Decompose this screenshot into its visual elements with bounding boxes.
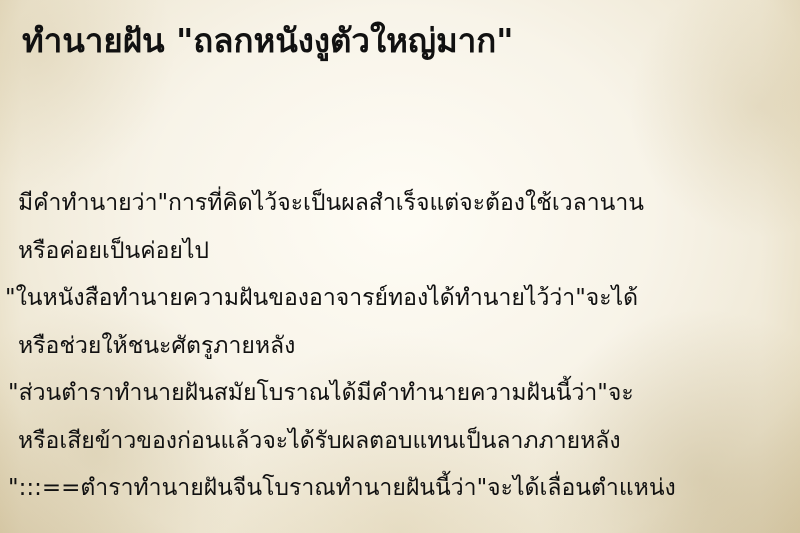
interpretation-body: มีคำทำนายว่า"การที่คิดไว้จะเป็นผลสำเร็จแ… [0, 183, 800, 516]
paragraph-2-line-2: หรือช่วยให้ชนะศัตรูภายหลัง [0, 326, 800, 374]
paragraph-3-line-1: "ส่วนตำราทำนายฝันสมัยโบราณได้มีคำทำนายคว… [0, 373, 800, 421]
paragraph-1-line-2: หรือค่อยเป็นค่อยไป [0, 231, 800, 279]
paragraph-1-line-1: มีคำทำนายว่า"การที่คิดไว้จะเป็นผลสำเร็จแ… [0, 183, 800, 231]
paragraph-2-line-1: "ในหนังสือทำนายความฝันของอาจารย์ทองได้ทำ… [0, 278, 800, 326]
paragraph-4-line-1: ":::==ตำราทำนายฝันจีนโบราณทำนายฝันนี้ว่า… [0, 468, 800, 516]
paragraph-3-line-2: หรือเสียข้าวของก่อนแล้วจะได้รับผลตอบแทนเ… [0, 421, 800, 469]
page-title: ทำนายฝัน "ถลกหนังงูตัวใหญ่มาก" [22, 14, 513, 67]
